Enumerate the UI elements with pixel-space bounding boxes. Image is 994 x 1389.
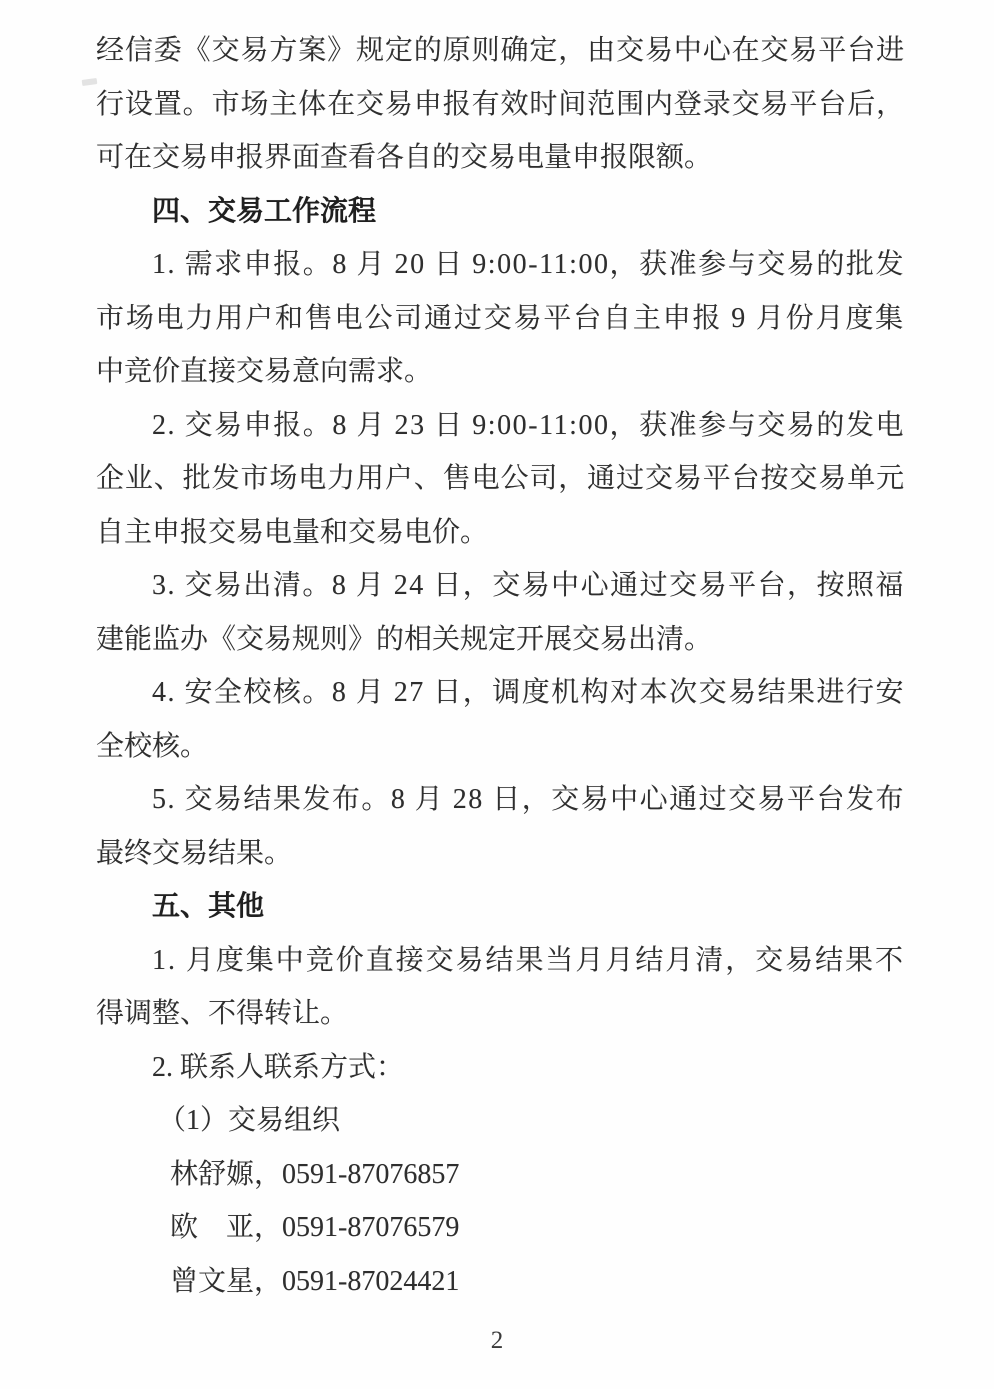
text-line: 1. 月度集中竞价直接交易结果当月月结月清，交易结果不 [96, 934, 905, 988]
text-line-content: 中竞价直接交易意向需求。 [96, 345, 432, 399]
text-line-content: 3. 交易出清。8 月 24 日，交易中心通过交易平台，按照福 [152, 559, 905, 613]
text-line: 经信委《交易方案》规定的原则确定，由交易中心在交易平台进 [96, 24, 905, 78]
text-line: 2. 交易申报。8 月 23 日 9:00-11:00，获准参与交易的发电 [96, 399, 905, 453]
text-line-content: 1. 需求申报。8 月 20 日 9:00-11:00，获准参与交易的批发 [152, 238, 905, 292]
text-line-content: 2. 联系人联系方式： [152, 1041, 404, 1095]
text-line: 企业、批发市场电力用户、售电公司，通过交易平台按交易单元 [96, 452, 905, 506]
text-line-content: 企业、批发市场电力用户、售电公司，通过交易平台按交易单元 [96, 452, 905, 506]
text-line-content: 经信委《交易方案》规定的原则确定，由交易中心在交易平台进 [96, 24, 905, 78]
text-line: 得调整、不得转让。 [96, 987, 905, 1041]
text-line: 中竞价直接交易意向需求。 [96, 345, 905, 399]
text-line-content: 林舒嫄，0591-87076857 [170, 1148, 459, 1202]
text-line: 建能监办《交易规则》的相关规定开展交易出清。 [96, 613, 905, 667]
text-line: （1）交易组织 [96, 1094, 905, 1148]
text-line-content: 5. 交易结果发布。8 月 28 日，交易中心通过交易平台发布 [152, 773, 905, 827]
scan-artifact-mark [82, 78, 98, 86]
text-line-content: 1. 月度集中竞价直接交易结果当月月结月清，交易结果不 [152, 934, 905, 988]
text-line-content: 全校核。 [96, 720, 208, 774]
text-line: 欧 亚，0591-87076579 [96, 1201, 905, 1255]
text-line-content: 得调整、不得转让。 [96, 987, 348, 1041]
text-line-content: 2. 交易申报。8 月 23 日 9:00-11:00，获准参与交易的发电 [152, 399, 905, 453]
text-line: 1. 需求申报。8 月 20 日 9:00-11:00，获准参与交易的批发 [96, 238, 905, 292]
text-line-content: 4. 安全校核。8 月 27 日，调度机构对本次交易结果进行安 [152, 666, 905, 720]
text-line: 5. 交易结果发布。8 月 28 日，交易中心通过交易平台发布 [96, 773, 905, 827]
text-line-content: 欧 亚，0591-87076579 [170, 1201, 459, 1255]
text-line: 林舒嫄，0591-87076857 [96, 1148, 905, 1202]
text-line: 最终交易结果。 [96, 827, 905, 881]
text-line: 市场电力用户和售电公司通过交易平台自主申报 9 月份月度集 [96, 292, 905, 346]
text-line: 2. 联系人联系方式： [96, 1041, 905, 1095]
text-line: 全校核。 [96, 720, 905, 774]
text-line: 3. 交易出清。8 月 24 日，交易中心通过交易平台，按照福 [96, 559, 905, 613]
text-line: 曾文星，0591-87024421 [96, 1255, 905, 1309]
text-line-content: （1）交易组织 [158, 1094, 340, 1148]
text-line-content: 可在交易申报界面查看各自的交易电量申报限额。 [96, 131, 712, 185]
text-line-content: 最终交易结果。 [96, 827, 292, 881]
text-line-content: 建能监办《交易规则》的相关规定开展交易出清。 [96, 613, 712, 667]
section-heading: 五、其他 [96, 880, 905, 934]
page-number: 2 [0, 1326, 994, 1356]
text-line-content: 五、其他 [152, 880, 264, 934]
section-heading: 四、交易工作流程 [96, 185, 905, 239]
text-line-content: 行设置。市场主体在交易申报有效时间范围内登录交易平台后， [96, 78, 905, 132]
text-line-content: 曾文星，0591-87024421 [170, 1255, 459, 1309]
text-line: 自主申报交易电量和交易电价。 [96, 506, 905, 560]
text-line: 可在交易申报界面查看各自的交易电量申报限额。 [96, 131, 905, 185]
text-line: 4. 安全校核。8 月 27 日，调度机构对本次交易结果进行安 [96, 666, 905, 720]
text-line-content: 自主申报交易电量和交易电价。 [96, 506, 488, 560]
text-line-content: 市场电力用户和售电公司通过交易平台自主申报 9 月份月度集 [96, 292, 905, 346]
text-line: 行设置。市场主体在交易申报有效时间范围内登录交易平台后， [96, 78, 905, 132]
text-line-content: 四、交易工作流程 [152, 185, 376, 239]
document-page: 经信委《交易方案》规定的原则确定，由交易中心在交易平台进行设置。市场主体在交易申… [0, 0, 994, 1389]
document-body: 经信委《交易方案》规定的原则确定，由交易中心在交易平台进行设置。市场主体在交易申… [96, 24, 905, 1308]
